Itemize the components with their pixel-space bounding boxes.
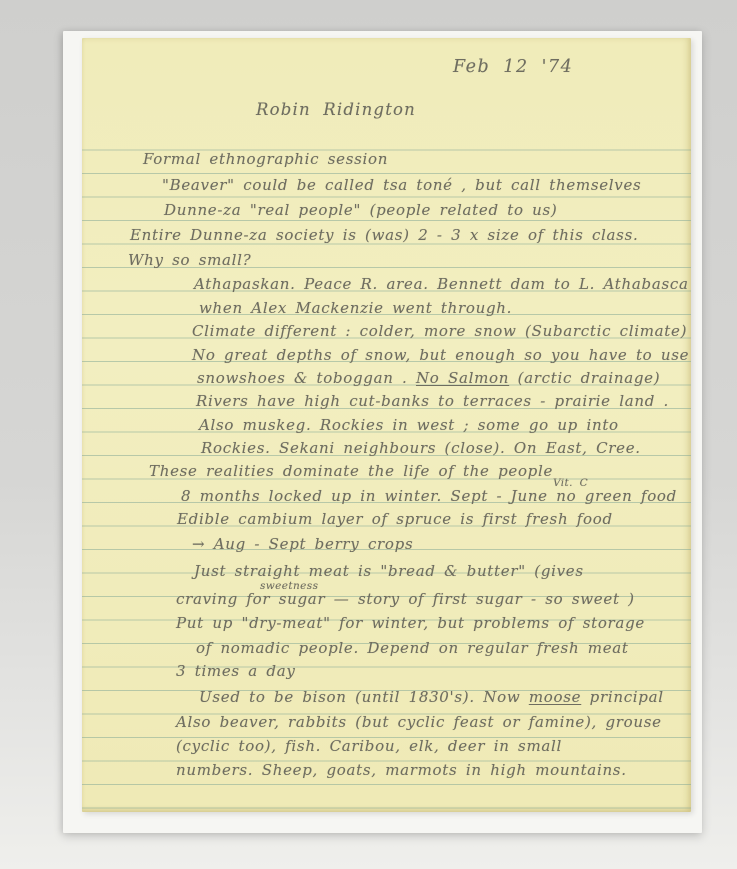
note-line: when Alex Mackenzie went through. <box>199 299 512 317</box>
note-line: Formal ethnographic session <box>143 150 388 168</box>
photo-of-notepad-page: Feb 12 '74 Robin Ridington Formal ethnog… <box>0 0 737 869</box>
note-line: Just straight meat is "bread & butter" (… <box>194 562 584 580</box>
note-line: These realities dominate the life of the… <box>149 462 553 480</box>
note-line: Also muskeg. Rockies in west ; some go u… <box>199 416 619 434</box>
note-author: Robin Ridington <box>256 100 416 119</box>
note-line: Rockies. Sekani neighbours (close). On E… <box>201 439 641 457</box>
note-line: craving for sugar — story of first sugar… <box>176 590 635 608</box>
note-line: (cyclic too), fish. Caribou, elk, deer i… <box>176 737 562 755</box>
note-line: of nomadic people. Depend on regular fre… <box>196 639 629 657</box>
note-date: Feb 12 '74 <box>453 57 573 77</box>
note-line: → Aug - Sept berry crops <box>192 535 413 553</box>
note-line: Entire Dunne-za society is (was) 2 - 3 x… <box>130 226 638 244</box>
note-line: numbers. Sheep, goats, marmots in high m… <box>176 761 627 779</box>
note-line: Edible cambium layer of spruce is first … <box>177 510 613 528</box>
note-line: Dunne-za "real people" (people related t… <box>164 201 557 219</box>
note-line: snowshoes & toboggan . No Salmon (arctic… <box>197 369 660 387</box>
note-line: 8 months locked up in winter. Sept - Jun… <box>181 487 677 505</box>
note-line: Athapaskan. Peace R. area. Bennett dam t… <box>194 275 689 293</box>
note-line: "Beaver" could be called tsa toné , but … <box>162 176 641 194</box>
note-line: Climate different : colder, more snow (S… <box>192 322 687 340</box>
note-line: No great depths of snow, but enough so y… <box>192 346 689 364</box>
note-line: Also beaver, rabbits (but cyclic feast o… <box>176 713 662 731</box>
note-line: Why so small? <box>128 251 251 269</box>
note-line: Used to be bison (until 1830's). Now moo… <box>199 688 664 706</box>
note-line: Rivers have high cut-banks to terraces -… <box>196 392 669 410</box>
note-line: 3 times a day <box>176 662 296 680</box>
note-line: Put up "dry-meat" for winter, but proble… <box>176 614 645 632</box>
